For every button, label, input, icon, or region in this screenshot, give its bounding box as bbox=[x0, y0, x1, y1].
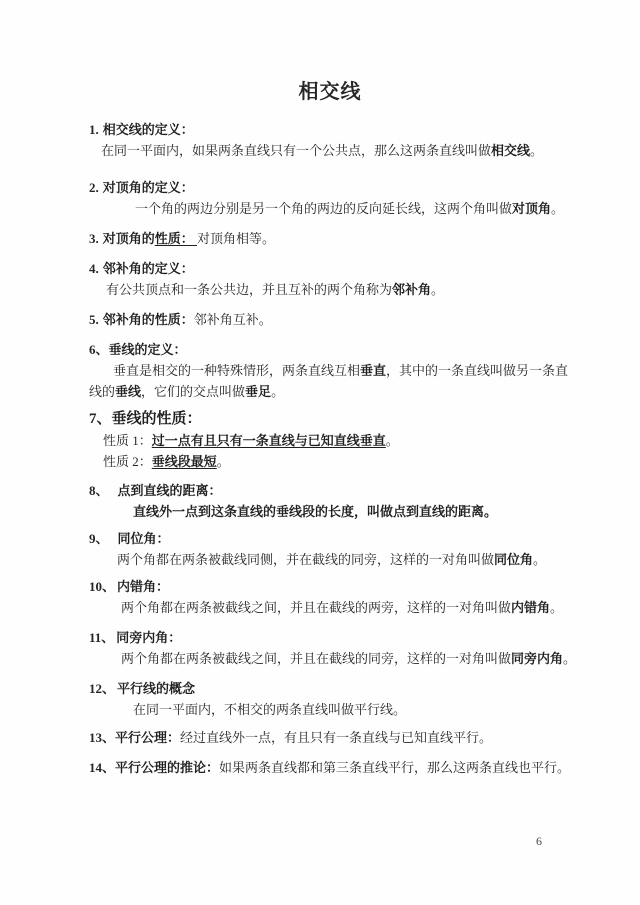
list-item: 13、平行公理：经过直线外一点，有且只有一条直线与已知直线平行。 bbox=[89, 727, 571, 748]
item-body-text: ，它们的交点叫做 bbox=[141, 384, 245, 399]
document-page: 相交线 1.相交线的定义：在同一平面内，如果两条直线只有一个公共点，那么这两条直… bbox=[0, 0, 640, 905]
item-title: 垂线的性质： bbox=[112, 411, 202, 427]
item-number: 12、 bbox=[89, 681, 115, 696]
item-number: 13、 bbox=[89, 730, 115, 745]
item-body-text: 有公共顶点和一条公共边，并且互补的两个角称为 bbox=[106, 282, 392, 297]
item-title: 平行公理： bbox=[115, 730, 180, 745]
item-body-text: 。 bbox=[563, 651, 576, 666]
item-number: 8、 bbox=[89, 483, 109, 498]
item-title: 平行线的概念 bbox=[117, 681, 195, 696]
item-body-line: 有公共顶点和一条公共边，并且互补的两个角称为邻补角。 bbox=[106, 279, 571, 300]
item-title: 同旁内角： bbox=[116, 630, 181, 645]
item-body-text: 线的 bbox=[89, 384, 115, 399]
item-body-line: 一个角的两边分别是另一个角的两边的反向延长线，这两个角叫做对顶角。 bbox=[135, 198, 571, 219]
item-body-text: 同旁内角 bbox=[511, 651, 563, 666]
item-number: 4. bbox=[89, 261, 99, 276]
item-head: 9、同位角： bbox=[89, 528, 571, 549]
item-title: 内错角： bbox=[117, 579, 169, 594]
item-body-text: 。 bbox=[533, 552, 546, 567]
list-item: 2.对顶角的定义：一个角的两边分别是另一个角的两边的反向延长线，这两个角叫做对顶… bbox=[89, 177, 571, 219]
item-head: 13、平行公理：经过直线外一点，有且只有一条直线与已知直线平行。 bbox=[89, 727, 571, 748]
definition-list: 1.相交线的定义：在同一平面内，如果两条直线只有一个公共点，那么这两条直线叫做相… bbox=[89, 119, 571, 778]
item-body-line: 性质 2：垂线段最短。 bbox=[103, 451, 571, 472]
item-body-line: 两个角都在两条被截线之间，并且在截线的同旁，这样的一对角叫做同旁内角。 bbox=[121, 648, 571, 669]
item-body-line: 两个角都在两条被截线同侧，并在截线的同旁，这样的一对角叫做同位角。 bbox=[117, 549, 571, 570]
item-number: 14、 bbox=[89, 760, 115, 775]
item-head: 6、垂线的定义： bbox=[89, 339, 571, 360]
item-number: 10、 bbox=[89, 579, 115, 594]
item-head: 12、平行线的概念 bbox=[89, 678, 571, 699]
item-head: 4.邻补角的定义： bbox=[89, 258, 571, 279]
list-item: 12、平行线的概念在同一平面内，不相交的两条直线叫做平行线。 bbox=[89, 678, 571, 720]
list-item: 1.相交线的定义：在同一平面内，如果两条直线只有一个公共点，那么这两条直线叫做相… bbox=[89, 119, 571, 161]
list-item: 3.对顶角的性质： 对顶角相等。 bbox=[89, 228, 571, 249]
item-body-text: 性质 2： bbox=[103, 454, 152, 469]
item-title: 性质： bbox=[155, 231, 197, 246]
document-content: 相交线 1.相交线的定义：在同一平面内，如果两条直线只有一个公共点，那么这两条直… bbox=[89, 80, 571, 787]
item-body-text: 两个角都在两条被截线同侧，并在截线的同旁，这样的一对角叫做 bbox=[117, 552, 494, 567]
item-number: 11、 bbox=[89, 630, 114, 645]
item-body-line: 性质 1：过一点有且只有一条直线与已知直线垂直。 bbox=[103, 430, 571, 451]
item-head: 10、内错角： bbox=[89, 576, 571, 597]
item-body-text: 。 bbox=[530, 143, 543, 158]
item-body-text: 相交线 bbox=[491, 143, 530, 158]
item-body-text: 。 bbox=[271, 384, 284, 399]
item-title: 同位角： bbox=[118, 531, 170, 546]
item-body-line: 垂直是相交的一种特殊情形，两条直线互相垂直，其中的一条直线叫做另一条直 bbox=[113, 360, 571, 381]
item-number: 1. bbox=[89, 122, 99, 137]
list-item: 7、垂线的性质：性质 1：过一点有且只有一条直线与已知直线垂直。性质 2：垂线段… bbox=[89, 409, 571, 472]
list-item: 11、同旁内角：两个角都在两条被截线之间，并且在截线的同旁，这样的一对角叫做同旁… bbox=[89, 627, 571, 669]
item-title: 对顶角的 bbox=[103, 231, 155, 246]
item-title: 邻补角的定义： bbox=[103, 261, 194, 276]
item-body-text: 邻补角 bbox=[392, 282, 431, 297]
item-number: 6、 bbox=[89, 342, 109, 357]
item-head: 2.对顶角的定义： bbox=[89, 177, 571, 198]
item-body-text: 一个角的两边分别是另一个角的两边的反向延长线，这两个角叫做 bbox=[135, 201, 512, 216]
item-body-text: 垂足 bbox=[245, 384, 271, 399]
item-title: 对顶角的定义： bbox=[103, 180, 194, 195]
item-head: 8、点到直线的距离： bbox=[89, 480, 571, 501]
item-body-text: 对顶角 bbox=[512, 201, 551, 216]
item-title: 相交线的定义： bbox=[103, 122, 194, 137]
list-item: 14、平行公理的推论：如果两条直线都和第三条直线平行，那么这两条直线也平行。 bbox=[89, 757, 571, 778]
item-body-text: 。 bbox=[217, 454, 230, 469]
item-body-text: 在同一平面内，如果两条直线只有一个公共点，那么这两条直线叫做 bbox=[101, 143, 491, 158]
item-head: 14、平行公理的推论：如果两条直线都和第三条直线平行，那么这两条直线也平行。 bbox=[89, 757, 571, 778]
item-body-text: 直线外一点到这条直线的垂线段的长度，叫做点到直线的距离。 bbox=[133, 504, 497, 519]
item-body-text: 垂线段最短 bbox=[152, 454, 217, 469]
item-body-text: 垂直 bbox=[360, 363, 386, 378]
item-head: 5.邻补角的性质：邻补角互补。 bbox=[89, 309, 571, 330]
item-number: 2. bbox=[89, 180, 99, 195]
item-inline-text: 如果两条直线都和第三条直线平行，那么这两条直线也平行。 bbox=[219, 760, 570, 775]
item-body-line: 在同一平面内，如果两条直线只有一个公共点，那么这两条直线叫做相交线。 bbox=[101, 140, 571, 161]
item-body-text: 过一点有且只有一条直线与已知直线垂直 bbox=[152, 433, 386, 448]
item-body-line: 直线外一点到这条直线的垂线段的长度，叫做点到直线的距离。 bbox=[133, 501, 571, 522]
item-title: 邻补角的性质： bbox=[103, 312, 194, 327]
item-body-text: 同位角 bbox=[494, 552, 533, 567]
item-number: 3. bbox=[89, 231, 99, 246]
item-head: 11、同旁内角： bbox=[89, 627, 571, 648]
item-body-text: 。 bbox=[550, 600, 563, 615]
item-inline-text: 对顶角相等。 bbox=[197, 231, 275, 246]
item-body-line: 在同一平面内，不相交的两条直线叫做平行线。 bbox=[133, 699, 571, 720]
item-body-text: 在同一平面内，不相交的两条直线叫做平行线。 bbox=[133, 702, 406, 717]
item-body-line: 两个角都在两条被截线之间，并且在截线的两旁，这样的一对角叫做内错角。 bbox=[121, 597, 571, 618]
item-body-text: 。 bbox=[386, 433, 399, 448]
item-title: 平行公理的推论： bbox=[115, 760, 219, 775]
list-item: 10、内错角：两个角都在两条被截线之间，并且在截线的两旁，这样的一对角叫做内错角… bbox=[89, 576, 571, 618]
item-number: 9、 bbox=[89, 531, 109, 546]
item-body-text: ，其中的一条直线叫做另一条直 bbox=[386, 363, 568, 378]
item-inline-text: 邻补角互补。 bbox=[194, 312, 272, 327]
item-body-line: 线的垂线，它们的交点叫做垂足。 bbox=[89, 381, 571, 402]
item-number: 5. bbox=[89, 312, 99, 327]
page-title: 相交线 bbox=[89, 80, 571, 104]
item-inline-text: 经过直线外一点，有且只有一条直线与已知直线平行。 bbox=[180, 730, 492, 745]
item-number: 7、 bbox=[89, 411, 112, 427]
item-body-text: 。 bbox=[431, 282, 444, 297]
item-body-text: 垂直是相交的一种特殊情形，两条直线互相 bbox=[113, 363, 360, 378]
list-item: 9、同位角：两个角都在两条被截线同侧，并在截线的同旁，这样的一对角叫做同位角。 bbox=[89, 528, 571, 570]
item-title: 垂线的定义： bbox=[109, 342, 187, 357]
item-body-text: 垂线 bbox=[115, 384, 141, 399]
item-body-text: 。 bbox=[551, 201, 564, 216]
item-head: 3.对顶角的性质： 对顶角相等。 bbox=[89, 228, 571, 249]
page-number: 6 bbox=[536, 834, 542, 849]
list-item: 8、点到直线的距离：直线外一点到这条直线的垂线段的长度，叫做点到直线的距离。 bbox=[89, 480, 571, 522]
list-item: 5.邻补角的性质：邻补角互补。 bbox=[89, 309, 571, 330]
list-item: 4.邻补角的定义：有公共顶点和一条公共边，并且互补的两个角称为邻补角。 bbox=[89, 258, 571, 300]
item-body-text: 内错角 bbox=[511, 600, 550, 615]
item-title: 点到直线的距离： bbox=[118, 483, 222, 498]
item-body-text: 两个角都在两条被截线之间，并且在截线的同旁，这样的一对角叫做 bbox=[121, 651, 511, 666]
item-body-text: 性质 1： bbox=[103, 433, 152, 448]
item-body-text: 两个角都在两条被截线之间，并且在截线的两旁，这样的一对角叫做 bbox=[121, 600, 511, 615]
list-item: 6、垂线的定义：垂直是相交的一种特殊情形，两条直线互相垂直，其中的一条直线叫做另… bbox=[89, 339, 571, 402]
item-head: 7、垂线的性质： bbox=[89, 409, 571, 430]
item-head: 1.相交线的定义： bbox=[89, 119, 571, 140]
